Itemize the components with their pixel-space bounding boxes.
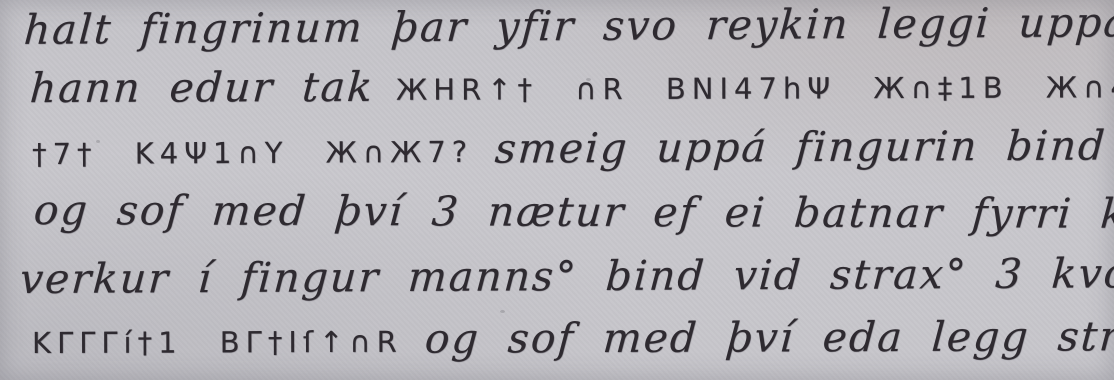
line2-runic-text: ЖHR↑† ∩R BNI47hΨ Ж∩‡1B Ж∩4↑∩Y xyxy=(396,70,1114,107)
line6-cursive-text: og sof med því eda legg strax° xyxy=(423,312,1114,363)
manuscript-line-3: †7† K4Ψ1∩Y Ж∩Ж7? smeig uppá fingurin bin… xyxy=(32,121,1114,175)
manuscript-line-2: hann edur tak ЖHR↑† ∩R BNI47hΨ Ж∩‡1B Ж∩4… xyxy=(30,60,1114,112)
line2-cursive-text: hann edur tak xyxy=(28,63,375,112)
line6-runic-text: KΓΓΓí†1 BΓ†Iſ↑∩R xyxy=(32,325,403,360)
manuscript-line-1: halt fingrinum þar yfir svo reykin leggi… xyxy=(24,0,1114,54)
line4-cursive-text: og sof med því 3 nætur ef ei batnar fyrr… xyxy=(32,186,1114,238)
manuscript-scan-page: halt fingrinum þar yfir svo reykin leggi… xyxy=(0,0,1114,380)
line3-cursive-text: smeig uppá fingurin bind vid xyxy=(494,121,1114,173)
manuscript-line-6: KΓΓΓí†1 BΓ†Iſ↑∩R og sof med því eda legg… xyxy=(32,312,1114,364)
manuscript-line-4: og sof med því 3 nætur ef ei batnar fyrr… xyxy=(34,186,1114,238)
ink-blot xyxy=(500,310,505,313)
line5-cursive-text: verkur í fingur manns° bind vid strax° 3… xyxy=(18,249,1114,303)
manuscript-line-5: verkur í fingur manns° bind vid strax° 3… xyxy=(20,249,1114,303)
line1-cursive-text: halt fingrinum þar yfir svo reykin leggi… xyxy=(23,0,1114,54)
line3-runic-text: †7† K4Ψ1∩Y Ж∩Ж7? xyxy=(32,135,473,171)
